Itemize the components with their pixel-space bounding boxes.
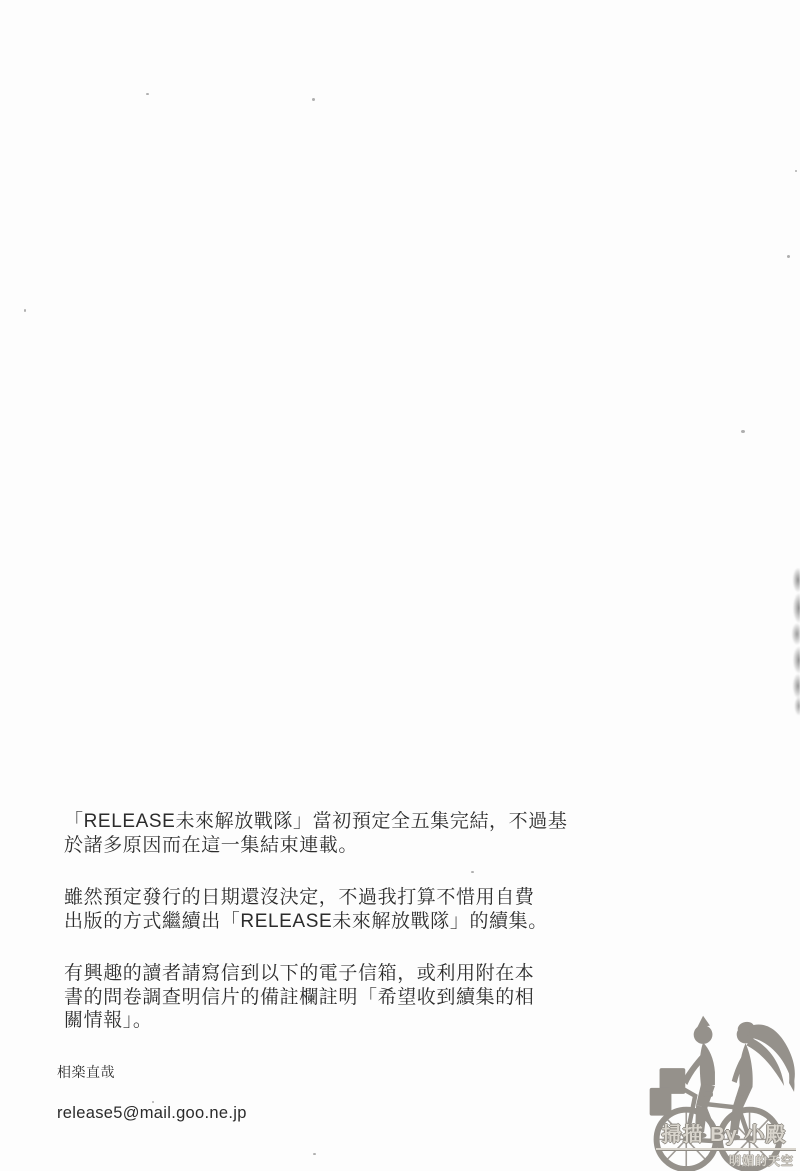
afterword-text-block: 「RELEASE未來解放戰隊」當初預定全五集完結，不過基 於諸多原因而在這一集結… [64, 810, 604, 1123]
scanlation-watermark: 掃描 By 小殿 明媚的天空 [650, 1118, 798, 1169]
dust-speck [313, 1153, 316, 1155]
author-name: 相楽直哉 [57, 1062, 604, 1082]
scan-edge-smudge [789, 568, 800, 716]
dust-speck [24, 309, 26, 312]
dust-speck [152, 1101, 154, 1103]
afterword-paragraph-1: 「RELEASE未來解放戰隊」當初預定全五集完結，不過基 於諸多原因而在這一集結… [64, 810, 604, 857]
dust-speck [471, 871, 474, 873]
dust-speck [787, 255, 790, 258]
contact-email: release5@mail.goo.ne.jp [57, 1104, 604, 1123]
watermark-scanner-credit: 掃描 By 小殿 [650, 1118, 798, 1147]
dust-speck [741, 430, 745, 433]
afterword-paragraph-3: 有興趣的讀者請寫信到以下的電子信箱，或利用附在本 書的問卷調查明信片的備註欄註明… [64, 962, 604, 1033]
afterword-paragraph-2: 雖然預定發行的日期還沒決定，不過我打算不惜用自費 出版的方式繼續出「RELEAS… [64, 886, 604, 933]
watermark-group-name: 明媚的天空 [650, 1152, 798, 1169]
dust-speck [146, 93, 149, 95]
scanned-afterword-page: 「RELEASE未來解放戰隊」當初預定全五集完結，不過基 於諸多原因而在這一集結… [0, 0, 800, 1171]
dust-speck [312, 98, 315, 101]
dust-speck [795, 170, 797, 172]
watermark-underline [656, 1148, 796, 1150]
